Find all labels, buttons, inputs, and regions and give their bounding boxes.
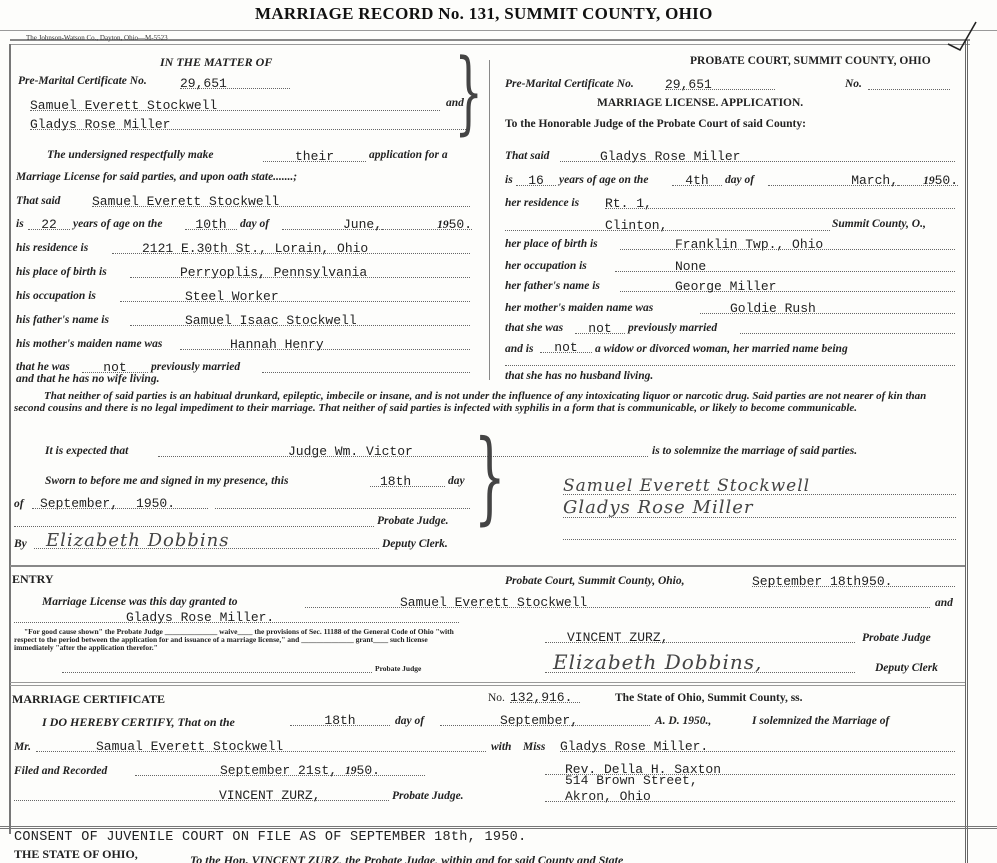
cert-no-left: 29,651 xyxy=(180,76,227,91)
sworn-of: of xyxy=(14,498,24,510)
sworn-year: 1950. xyxy=(136,496,175,511)
cert-label-left: Pre-Marital Certificate No. xyxy=(18,75,147,87)
certificate-day-label: day of xyxy=(395,715,424,727)
bride-mother-label: her mother's maiden name was xyxy=(505,302,653,314)
entry-judge-label: Probate Judge xyxy=(862,632,931,644)
matter-bride: Gladys Rose Miller xyxy=(30,117,170,132)
certificate-miss: Miss xyxy=(523,741,545,753)
cert-no-right: 29,651 xyxy=(665,77,712,92)
bride-age: 16 xyxy=(528,173,544,188)
filed-label: Filed and Recorded xyxy=(14,765,107,777)
groom-married-label: that he was xyxy=(16,361,70,373)
certificate-no-label: No. xyxy=(488,692,505,704)
sworn-by: By xyxy=(14,538,27,550)
groom-residence-label: his residence is xyxy=(16,242,88,254)
groom-is: is xyxy=(16,218,24,230)
intro-text-2: application for a xyxy=(369,149,448,161)
groom-year: 50. xyxy=(449,217,472,232)
filed-year-prefix: 19 xyxy=(345,765,357,777)
brace: } xyxy=(454,40,483,145)
intro-text: The undersigned respectfully make xyxy=(47,149,213,161)
groom-age: 22 xyxy=(41,217,57,232)
application-title: MARRIAGE LICENSE. APPLICATION. xyxy=(597,97,803,109)
matter-heading: IN THE MATTER OF xyxy=(160,55,272,70)
bride-name: Gladys Rose Miller xyxy=(600,149,740,164)
bride-day: 4th xyxy=(685,173,708,188)
groom-occupation-label: his occupation is xyxy=(16,290,96,302)
bride-married-value: not xyxy=(588,321,611,336)
groom-residence: 2121 E.30th St., Lorain, Ohio xyxy=(142,241,368,256)
bride-married-label-2: previously married xyxy=(628,322,717,334)
certificate-year: A. D. 1950., xyxy=(655,715,711,727)
bride-occupation: None xyxy=(675,259,706,274)
groom-that-said: That said xyxy=(16,195,60,207)
certify-text-2: I solemnized the Marriage of xyxy=(752,715,889,727)
certificate-month: September, xyxy=(500,713,578,728)
bride-age-label: years of age on the xyxy=(559,174,648,186)
bride-residence-1: Rt. 1, xyxy=(605,196,652,211)
bride-married-label: that she was xyxy=(505,322,563,334)
filed-date: September 21st, xyxy=(220,763,337,778)
certificate-with: with xyxy=(491,741,511,753)
bride-father: George Miller xyxy=(675,279,776,294)
certificate-mr: Mr. xyxy=(14,741,31,753)
state-of-ohio: THE STATE OF OHIO, xyxy=(14,847,138,862)
entry-clerk-signature: Elizabeth Dobbins, xyxy=(553,650,762,674)
declaration-text: That neither of said parties is an habit… xyxy=(14,390,959,414)
entry-date: September 18th950. xyxy=(752,574,892,589)
sworn-day-label: day xyxy=(448,475,465,487)
consent-line: CONSENT OF JUVENILE COURT ON FILE AS OF … xyxy=(14,830,526,845)
groom-age-label: years of age on the xyxy=(73,218,162,230)
court-heading: PROBATE COURT, SUMMIT COUNTY, OHIO xyxy=(690,55,931,67)
groom-mother-label: his mother's maiden name was xyxy=(16,338,162,350)
bride-signature: Gladys Rose Miller xyxy=(563,497,753,518)
groom-birth-label: his place of birth is xyxy=(16,266,107,278)
certificate-no: 132,916. xyxy=(510,690,572,705)
check-mark-icon xyxy=(940,20,980,70)
sworn-month: September, xyxy=(40,496,118,511)
certificate-heading: MARRIAGE CERTIFICATE xyxy=(12,692,165,707)
groom-day: 10th xyxy=(195,217,226,232)
entry-clerk-label: Deputy Clerk xyxy=(875,662,938,674)
groom-birth: Perryoplis, Pennsylvania xyxy=(180,265,367,280)
waiver-judge: Probate Judge xyxy=(375,665,421,673)
filed-year: 50. xyxy=(357,763,380,778)
waiver-text: "For good cause shown" the Probate Judge… xyxy=(14,628,459,652)
entry-bride: Gladys Rose Miller. xyxy=(126,610,274,625)
groom-name: Samuel Everett Stockwell xyxy=(92,194,279,209)
certify-text: I DO HEREBY CERTIFY, That on the xyxy=(42,715,235,730)
bride-month: March, xyxy=(851,173,898,188)
groom-occupation: Steel Worker xyxy=(185,289,279,304)
record-title: MARRIAGE RECORD No. 131, SUMMIT COUNTY, … xyxy=(255,4,713,24)
address-line: To the Honorable Judge of the Probate Co… xyxy=(505,118,806,130)
matter-groom: Samuel Everett Stockwell xyxy=(30,98,217,113)
bride-occupation-label: her occupation is xyxy=(505,260,587,272)
groom-father: Samuel Isaac Stockwell xyxy=(185,313,357,328)
expected-label: It is expected that xyxy=(45,445,128,457)
certificate-groom: Samual Everett Stockwell xyxy=(96,739,283,754)
certificate-state: The State of Ohio, Summit County, ss. xyxy=(615,692,803,704)
entry-court-label: Probate Court, Summit County, Ohio, xyxy=(505,575,684,587)
bride-county: Summit County, O., xyxy=(832,218,926,230)
bride-no-husband: that she has no husband living. xyxy=(505,370,653,382)
sworn-text: Sworn to before me and signed in my pres… xyxy=(45,475,288,487)
certificate-bride: Gladys Rose Miller. xyxy=(560,739,708,754)
clerk-signature-sworn: Elizabeth Dobbins xyxy=(46,530,230,551)
officiant-address-2: Akron, Ohio xyxy=(565,789,651,804)
printer-imprint: The Johnson-Watson Co., Dayton, Ohio—M-5… xyxy=(26,34,168,42)
groom-father-label: his father's name is xyxy=(16,314,109,326)
groom-married-label-2: previously married xyxy=(151,361,240,373)
intro-value: their xyxy=(295,149,334,164)
to-hon-line: To the Hon. VINCENT ZURZ, the Probate Ju… xyxy=(190,853,623,863)
groom-mother: Hannah Henry xyxy=(230,337,324,352)
entry-judge: VINCENT ZURZ, xyxy=(567,630,668,645)
entry-and: and xyxy=(935,597,953,609)
cert-label-right: Pre-Marital Certificate No. xyxy=(505,78,634,90)
bride-mother: Goldie Rush xyxy=(730,301,816,316)
no-label: No. xyxy=(845,78,862,90)
bride-day-label: day of xyxy=(725,174,754,186)
bride-is: is xyxy=(505,174,513,186)
groom-signature: Samuel Everett Stockwell xyxy=(563,476,810,496)
expected-label-2: is to solemnize the marriage of said par… xyxy=(652,445,857,457)
filed-judge-label: Probate Judge. xyxy=(392,790,464,802)
certificate-day: 18th xyxy=(324,713,355,728)
bride-birth: Franklin Twp., Ohio xyxy=(675,237,823,252)
bride-year-prefix: 19 xyxy=(923,175,935,187)
bride-birth-label: her place of birth is xyxy=(505,238,598,250)
entry-heading: ENTRY xyxy=(12,572,54,587)
bride-that-said: That said xyxy=(505,150,549,162)
sworn-day: 18th xyxy=(380,474,411,489)
groom-no-wife: and that he has no wife living. xyxy=(16,373,159,385)
brace-sworn: } xyxy=(474,418,506,535)
bride-year: 50. xyxy=(935,173,958,188)
groom-day-label: day of xyxy=(240,218,269,230)
sworn-deputy-clerk: Deputy Clerk. xyxy=(382,538,448,550)
sworn-probate-judge: Probate Judge. xyxy=(377,515,449,527)
groom-year-prefix: 19 xyxy=(437,219,449,231)
officiant-expected: Judge Wm. Victor xyxy=(288,444,413,459)
bride-residence-2: Clinton, xyxy=(605,218,667,233)
filed-judge: VINCENT ZURZ, xyxy=(219,788,320,803)
intro-text-3: Marriage License for said parties, and u… xyxy=(16,171,297,183)
bride-residence-label: her residence is xyxy=(505,197,579,209)
bride-father-label: her father's name is xyxy=(505,280,600,292)
groom-month: June, xyxy=(343,217,382,232)
